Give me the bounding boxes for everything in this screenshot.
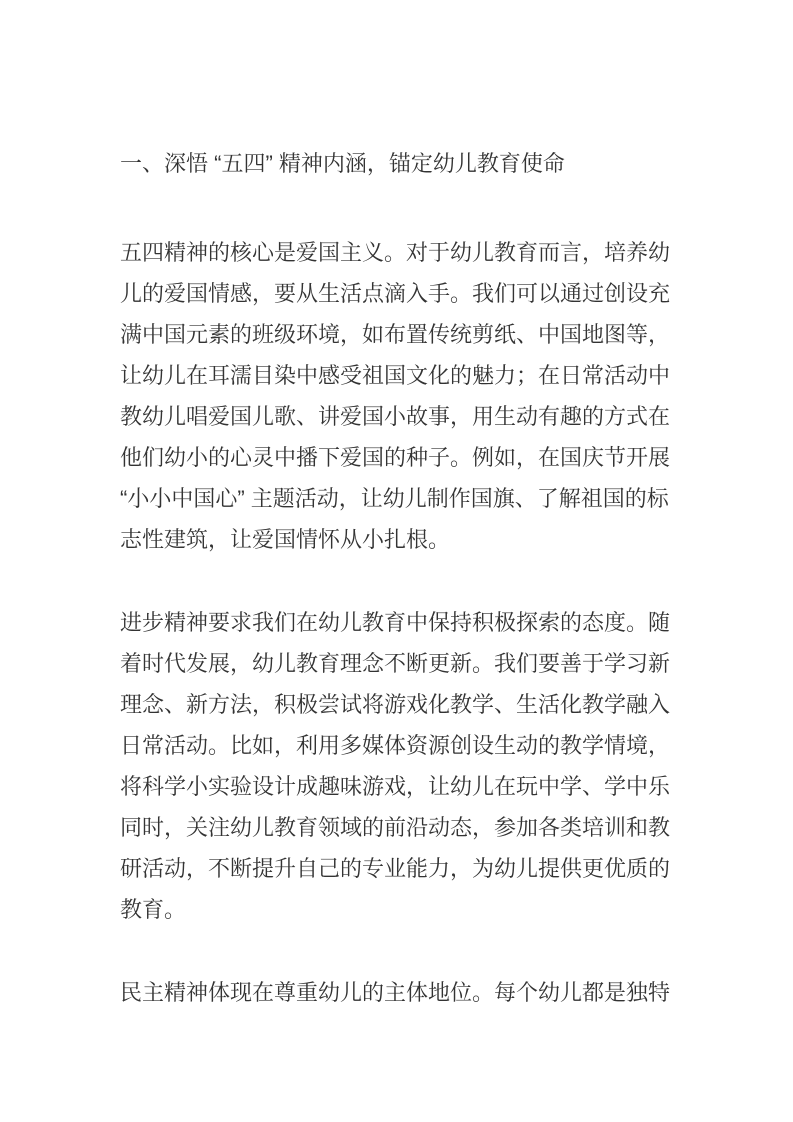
text-line: 教育。 xyxy=(120,889,676,930)
text-line: 同时，关注幼儿教育领域的前沿动态，参加各类培训和教 xyxy=(120,807,676,848)
paragraph-patriotism: 五四精神的核心是爱国主义。对于幼儿教育而言，培养幼 儿的爱国情感，要从生活点滴入… xyxy=(120,232,676,560)
text-line: 让幼儿在耳濡目染中感受祖国文化的魅力；在日常活动中 xyxy=(120,355,676,396)
text-line: 五四精神的核心是爱国主义。对于幼儿教育而言，培养幼 xyxy=(120,232,676,273)
text-line: 教幼儿唱爱国儿歌、讲爱国小故事，用生动有趣的方式在 xyxy=(120,396,676,437)
text-line: “小小中国心” 主题活动，让幼儿制作国旗、了解祖国的标 xyxy=(120,478,676,519)
text-line: 日常活动。比如，利用多媒体资源创设生动的教学情境， xyxy=(120,725,676,766)
document-page: 一、深悟 “五四” 精神内涵，锚定幼儿教育使命 五四精神的核心是爱国主义。对于幼… xyxy=(0,0,793,1122)
text-line: 将科学小实验设计成趣味游戏，让幼儿在玩中学、学中乐 xyxy=(120,766,676,807)
text-line: 研活动，不断提升自己的专业能力，为幼儿提供更优质的 xyxy=(120,848,676,889)
section-heading: 一、深悟 “五四” 精神内涵，锚定幼儿教育使命 xyxy=(120,143,676,184)
paragraph-democracy: 民主精神体现在尊重幼儿的主体地位。每个幼儿都是独特 xyxy=(120,972,676,1013)
paragraph-progress: 进步精神要求我们在幼儿教育中保持积极探索的态度。随 着时代发展，幼儿教育理念不断… xyxy=(120,602,676,930)
text-line: 民主精神体现在尊重幼儿的主体地位。每个幼儿都是独特 xyxy=(120,972,676,1013)
text-line: 儿的爱国情感，要从生活点滴入手。我们可以通过创设充 xyxy=(120,273,676,314)
text-line: 理念、新方法，积极尝试将游戏化教学、生活化教学融入 xyxy=(120,684,676,725)
text-line: 满中国元素的班级环境，如布置传统剪纸、中国地图等， xyxy=(120,314,676,355)
text-line: 他们幼小的心灵中播下爱国的种子。例如，在国庆节开展 xyxy=(120,437,676,478)
text-line: 进步精神要求我们在幼儿教育中保持积极探索的态度。随 xyxy=(120,602,676,643)
text-line: 志性建筑，让爱国情怀从小扎根。 xyxy=(120,519,676,560)
text-line: 着时代发展，幼儿教育理念不断更新。我们要善于学习新 xyxy=(120,643,676,684)
document-content: 一、深悟 “五四” 精神内涵，锚定幼儿教育使命 五四精神的核心是爱国主义。对于幼… xyxy=(120,143,676,1013)
